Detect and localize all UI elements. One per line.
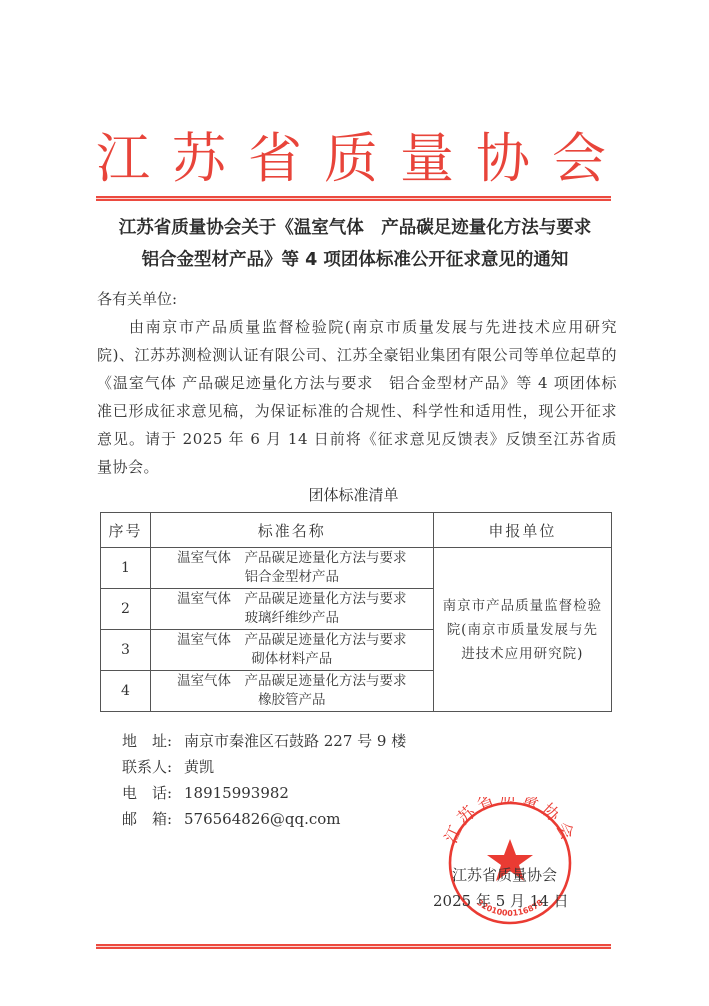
letterhead-divider [96, 196, 611, 201]
row-standard-name: 温室气体 产品碳足迹量化方法与要求 砌体材料产品 [150, 630, 433, 671]
phone-value: 18915993982 [184, 784, 289, 802]
standard-name-line1: 温室气体 产品碳足迹量化方法与要求 [151, 590, 433, 609]
notice-title-line1: 江苏省质量协会关于《温室气体 产品碳足迹量化方法与要求 [70, 218, 640, 238]
contact-email-row: 邮 箱:576564826@qq.com [122, 806, 406, 832]
header-name: 标准名称 [150, 513, 433, 548]
table-header-row: 序号 标准名称 申报单位 [101, 513, 612, 548]
footer-divider [96, 944, 611, 949]
header-no: 序号 [101, 513, 151, 548]
standards-table: 序号 标准名称 申报单位 1 温室气体 产品碳足迹量化方法与要求 铝合金型材产品… [100, 512, 612, 712]
standard-name-line1: 温室气体 产品碳足迹量化方法与要求 [151, 672, 433, 691]
email-value[interactable]: 576564826@qq.com [184, 810, 341, 828]
body-paragraph-text: 由南京市产品质量监督检验院(南京市质量发展与先进技术应用研究院)、江苏苏测检测认… [97, 318, 617, 476]
signature-org: 江苏省质量协会 [452, 864, 557, 885]
row-no: 3 [101, 630, 151, 671]
row-no: 4 [101, 671, 151, 712]
address-label: 地 址: [122, 728, 184, 754]
row-no: 1 [101, 548, 151, 589]
standard-name-line2: 铝合金型材产品 [151, 568, 433, 587]
row-standard-name: 温室气体 产品碳足迹量化方法与要求 铝合金型材产品 [150, 548, 433, 589]
contact-phone-row: 电 话:18915993982 [122, 780, 406, 806]
row-standard-name: 温室气体 产品碳足迹量化方法与要求 橡胶管产品 [150, 671, 433, 712]
address-value: 南京市秦淮区石鼓路 227 号 9 楼 [184, 732, 406, 750]
applicant-unit: 南京市产品质量监督检验院(南京市质量发展与先进技术应用研究院) [433, 548, 611, 712]
contact-person-row: 联系人:黄凯 [122, 754, 406, 780]
body-paragraph: 由南京市产品质量监督检验院(南京市质量发展与先进技术应用研究院)、江苏苏测检测认… [97, 313, 617, 481]
letterhead-org-name: 江苏省质量协会 [96, 128, 611, 190]
phone-label: 电 话: [122, 780, 184, 806]
contact-address-row: 地 址:南京市秦淮区石鼓路 227 号 9 楼 [122, 728, 406, 754]
table-row: 1 温室气体 产品碳足迹量化方法与要求 铝合金型材产品 南京市产品质量监督检验院… [101, 548, 612, 589]
standard-name-line2: 橡胶管产品 [151, 691, 433, 710]
row-standard-name: 温室气体 产品碳足迹量化方法与要求 玻璃纤维纱产品 [150, 589, 433, 630]
contact-block: 地 址:南京市秦淮区石鼓路 227 号 9 楼 联系人:黄凯 电 话:18915… [122, 728, 406, 832]
email-label: 邮 箱: [122, 806, 184, 832]
standard-name-line1: 温室气体 产品碳足迹量化方法与要求 [151, 549, 433, 568]
standard-name-line2: 砌体材料产品 [151, 650, 433, 669]
header-unit: 申报单位 [433, 513, 611, 548]
standard-name-line2: 玻璃纤维纱产品 [151, 609, 433, 628]
row-no: 2 [101, 589, 151, 630]
person-label: 联系人: [122, 754, 184, 780]
person-value: 黄凯 [184, 758, 214, 776]
standard-name-line1: 温室气体 产品碳足迹量化方法与要求 [151, 631, 433, 650]
table-caption: 团体标准清单 [96, 484, 611, 505]
notice-title-line2: 铝合金型材产品》等 4 项团体标准公开征求意见的通知 [70, 250, 640, 270]
salutation: 各有关单位: [97, 285, 177, 313]
signature-date: 2025 年 5 月 14 日 [433, 890, 569, 911]
